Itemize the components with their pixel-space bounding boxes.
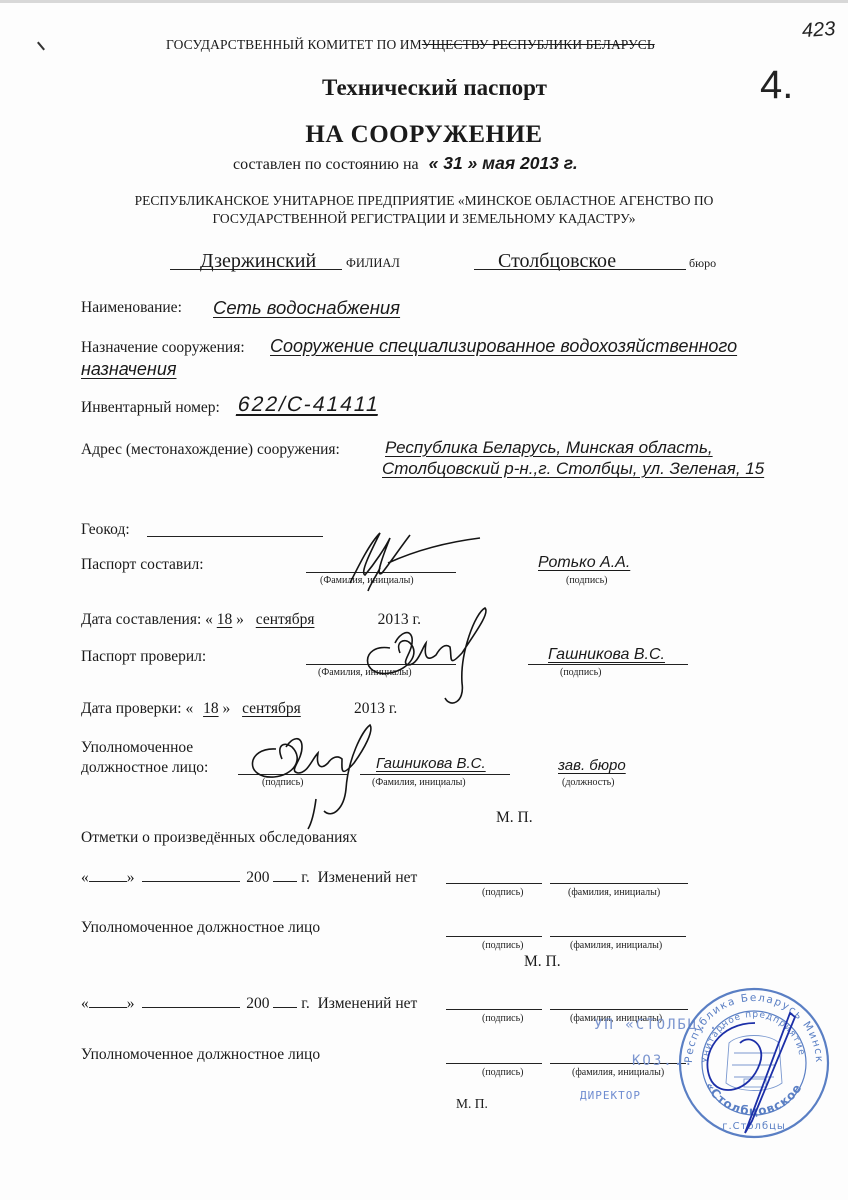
check-date-open: « (185, 700, 193, 717)
inspection-2-official-signature-caption: (подпись) (482, 1067, 524, 1078)
inspection-1-official-name-caption: (фамилия, инициалы) (570, 940, 662, 951)
inspection-1-year-prefix: 200 (246, 869, 269, 886)
address-line-1: Республика Беларусь, Минская область, (385, 438, 713, 458)
inspection-1-year-field[interactable] (273, 868, 297, 882)
director-signature-icon (680, 1003, 820, 1143)
inspection-2-day-field[interactable] (89, 994, 127, 1008)
inspection-1-seal-mark: М. П. (524, 953, 561, 971)
compile-date-day: 18 (217, 611, 233, 628)
inspection-1-name-field[interactable] (550, 883, 688, 884)
geocode-label: Геокод: (81, 521, 130, 539)
compile-date-open: « (205, 611, 213, 628)
inspection-2-signature-caption: (подпись) (482, 1013, 524, 1024)
inspection-row-1: «» 200 г. Изменений нет (81, 868, 417, 887)
inspection-row-2: «» 200 г. Изменений нет (81, 994, 417, 1013)
inspection-2-year-prefix: 200 (246, 995, 269, 1012)
inventory-value: 622/С-41411 (235, 393, 382, 417)
inspection-1-year-suffix: г. (301, 869, 309, 886)
inspection-1-official-name-field[interactable] (550, 936, 686, 937)
inspection-1-official-label: Уполномоченное должностное лицо (81, 919, 320, 937)
state-date-value: « 31 » мая 2013 г. (429, 153, 578, 173)
inspection-2-official-signature-field[interactable] (446, 1063, 542, 1064)
document-subtitle: НА СООРУЖЕНИЕ (0, 121, 848, 149)
document-page: 423 4. ГОСУДАРСТВЕННЫЙ КОМИТЕТ ПО ИМУЩЕС… (0, 0, 848, 1200)
organization-line-1: РЕСПУБЛИКАНСКОЕ УНИТАРНОЕ ПРЕДПРИЯТИЕ «М… (0, 193, 848, 209)
page-number-mark: 423 (801, 18, 836, 43)
bureau-value: Столбцовское (498, 250, 616, 273)
inspection-1-signature-caption: (подпись) (482, 887, 524, 898)
compile-date-text: Дата составления: (81, 611, 201, 628)
sheet-number-mark: 4. (760, 63, 793, 108)
inspection-2-official-label: Уполномоченное должностное лицо (81, 1046, 320, 1064)
check-date-label: Дата проверки: « 18 » сентября 2013 г. (81, 700, 397, 718)
authorized-position-value: зав. бюро (558, 757, 626, 774)
inspection-1-no-changes: Изменений нет (318, 869, 418, 886)
checked-name-line (528, 664, 688, 665)
inspection-2-month-field[interactable] (142, 994, 240, 1008)
compiled-name-value: Ротько А.А. (538, 554, 630, 572)
state-date-prefix: составлен по состоянию на (233, 156, 419, 173)
inspection-1-date-close: » (127, 869, 135, 886)
checked-signature-icon (350, 603, 530, 713)
inspection-1-official-signature-field[interactable] (446, 936, 542, 937)
compile-date-close: » (236, 611, 244, 628)
committee-header: ГОСУДАРСТВЕННЫЙ КОМИТЕТ ПО ИМУЩЕСТВУ РЕС… (166, 37, 655, 53)
inspection-1-signature-field[interactable] (446, 883, 542, 884)
checked-by-label: Паспорт проверил: (81, 648, 206, 666)
authorized-signature-icon (236, 719, 396, 829)
committee-struck-text: УЩЕСТВУ РЕСПУБЛИКИ БЕЛАРУСЬ (422, 37, 655, 52)
inspection-2-year-field[interactable] (273, 994, 297, 1008)
authorized-label-line-2: должностное лицо: (81, 759, 208, 777)
organization-line-2: ГОСУДАРСТВЕННОЙ РЕГИСТРАЦИИ И ЗЕМЕЛЬНОМУ… (0, 211, 848, 227)
inspection-1-day-field[interactable] (89, 868, 127, 882)
inspection-2-no-changes: Изменений нет (318, 995, 418, 1012)
authorized-position-caption: (должность) (562, 777, 615, 788)
authorized-label-line-1: Уполномоченное (81, 739, 193, 757)
inspection-2-name-field[interactable] (550, 1009, 688, 1010)
purpose-value-line-1: Сооружение специализированное водохозяйс… (270, 336, 737, 357)
check-date-text: Дата проверки: (81, 700, 182, 717)
stamp-rect-line-3: ДИРЕКТОР (580, 1089, 641, 1102)
inspection-2-date-close: » (127, 995, 135, 1012)
purpose-value-line-2: назначения (81, 359, 176, 380)
check-date-month: сентября (238, 700, 346, 718)
checked-name-value: Гашникова В.С. (548, 646, 665, 664)
scan-mark (37, 42, 45, 51)
inspection-2-year-suffix: г. (301, 995, 309, 1012)
inspection-1-date-open: « (81, 869, 89, 886)
inventory-label: Инвентарный номер: (81, 399, 220, 417)
check-date-day: 18 (197, 700, 219, 717)
inspection-1-month-field[interactable] (142, 868, 240, 882)
compiled-by-label: Паспорт составил: (81, 556, 204, 574)
branch-label: ФИЛИАЛ (346, 256, 400, 271)
inspection-2-date-open: « (81, 995, 89, 1012)
checked-name-caption: (подпись) (560, 667, 602, 678)
inspections-heading: Отметки о произведённых обследованиях (81, 829, 357, 847)
state-date-line: составлен по состоянию на « 31 » мая 201… (233, 153, 578, 174)
name-label: Наименование: (81, 299, 182, 317)
compiled-signature-icon (330, 523, 500, 593)
purpose-label: Назначение сооружения: (81, 339, 245, 357)
geocode-field[interactable] (147, 536, 323, 537)
authorized-seal-mark: М. П. (496, 809, 533, 827)
inspection-1-name-caption: (фамилия, инициалы) (568, 887, 660, 898)
compiled-name-caption: (подпись) (566, 575, 608, 586)
inspection-2-seal-mark: М. П. (456, 1096, 488, 1112)
bureau-label: бюро (689, 256, 716, 271)
check-date-year: 2013 г. (354, 700, 397, 717)
inspection-2-signature-field[interactable] (446, 1009, 542, 1010)
check-date-close: » (222, 700, 230, 717)
address-label: Адрес (местонахождение) сооружения: (81, 441, 340, 459)
branch-value: Дзержинский (200, 250, 316, 273)
committee-text: ГОСУДАРСТВЕННЫЙ КОМИТЕТ ПО ИМ (166, 37, 422, 52)
document-title: Технический паспорт (322, 75, 547, 101)
name-value: Сеть водоснабжения (213, 297, 400, 319)
inspection-1-official-signature-caption: (подпись) (482, 940, 524, 951)
address-line-2: Столбцовский р-н.,г. Столбцы, ул. Зелена… (382, 459, 764, 479)
